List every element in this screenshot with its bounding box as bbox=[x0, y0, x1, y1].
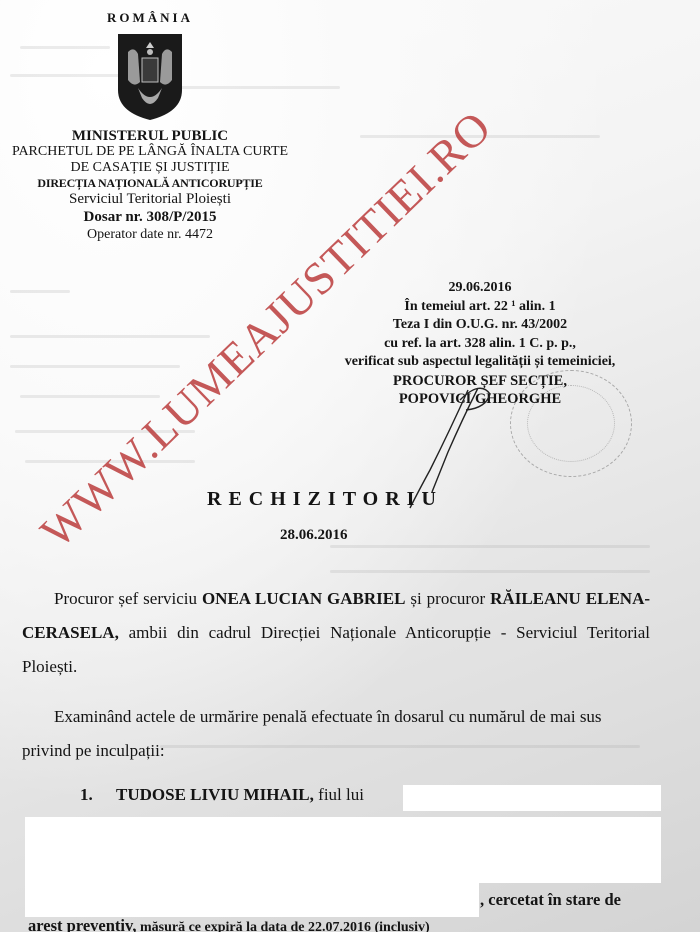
prosecutor-name-1: ONEA LUCIAN GABRIEL bbox=[202, 589, 406, 608]
intro-paragraph: Procuror șef serviciu ONEA LUCIAN GABRIE… bbox=[22, 582, 650, 684]
father-label: fiul lui bbox=[314, 785, 364, 804]
redacted-block bbox=[25, 883, 479, 917]
letterhead: ROMÂNIA MINISTERUL PUBLIC PARCHETUL DE P… bbox=[0, 8, 300, 243]
intro-text-a: Procuror șef serviciu bbox=[54, 589, 202, 608]
defendant-number: 1. bbox=[80, 785, 116, 805]
endorsement-date: 29.06.2016 bbox=[300, 279, 660, 298]
status-text: , cercetat în stare de bbox=[480, 890, 621, 910]
operator-number: Operator date nr. 4472 bbox=[0, 226, 300, 243]
defendant-name: TUDOSE LIVIU MIHAIL, bbox=[116, 785, 314, 804]
service-name: Serviciul Teritorial Ploiești bbox=[0, 191, 300, 208]
parchet-line-1: PARCHETUL DE PE LÂNGĂ ÎNALTA CURTE bbox=[0, 144, 300, 160]
country-name: ROMÂNIA bbox=[0, 10, 300, 26]
examination-paragraph: Examinând actele de urmărire penală efec… bbox=[22, 700, 650, 768]
defendant-item: 1.TUDOSE LIVIU MIHAIL, fiul lui bbox=[80, 785, 364, 805]
ministry-name: MINISTERUL PUBLIC bbox=[0, 128, 300, 144]
document-page: ROMÂNIA MINISTERUL PUBLIC PARCHETUL DE P… bbox=[0, 0, 700, 932]
endorsement-line-3: cu ref. la art. 328 alin. 1 C. p. p., bbox=[300, 335, 660, 354]
redacted-block bbox=[25, 817, 661, 883]
directorate-name: DIRECȚIA NAȚIONALĂ ANTICORUPȚIE bbox=[0, 176, 300, 191]
endorsement-line-1: În temeiul art. 22 ¹ alin. 1 bbox=[300, 298, 660, 317]
endorsement-line-4: verificat sub aspectul legalității și te… bbox=[300, 353, 660, 372]
detention-text-b: măsură ce expiră la data de 22.07.2016 (… bbox=[136, 920, 429, 932]
redacted-block bbox=[403, 785, 661, 811]
case-number: Dosar nr. 308/P/2015 bbox=[0, 208, 300, 226]
document-title: RECHIZITORIU bbox=[207, 488, 443, 511]
parchet-line-2: DE CASAȚIE ȘI JUSTIȚIE bbox=[0, 160, 300, 176]
detention-text: arest preventiv, măsură ce expiră la dat… bbox=[28, 916, 430, 932]
romania-coat-of-arms-icon bbox=[116, 32, 184, 122]
endorsement-line-2: Teza I din O.U.G. nr. 43/2002 bbox=[300, 316, 660, 335]
document-date: 28.06.2016 bbox=[280, 527, 348, 544]
intro-text-b: și procuror bbox=[405, 589, 490, 608]
detention-text-a: arest preventiv, bbox=[28, 916, 136, 932]
